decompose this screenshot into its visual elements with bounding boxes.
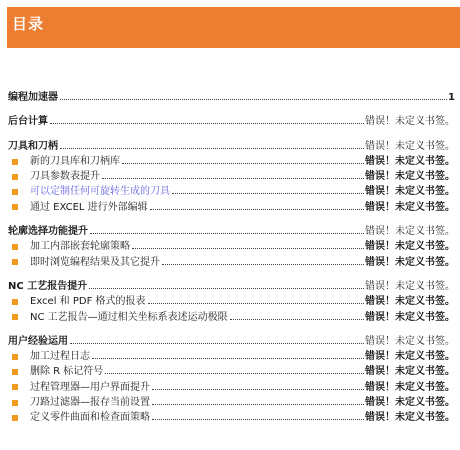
toc-item-row[interactable]: 过程管理器—用户界面提升 错误！未定义书签。 bbox=[8, 380, 455, 395]
toc-heading-label: 编程加速器 bbox=[8, 90, 58, 105]
toc-item-label: 新的刀具库和刀柄库 bbox=[30, 154, 120, 169]
toc-item-row[interactable]: 通过 EXCEL 进行外部编辑 错误！未定义书签。 bbox=[8, 200, 455, 215]
toc-page-ref: 错误！未定义书签。 bbox=[365, 294, 455, 309]
toc-item-row[interactable]: NC 工艺报告—通过相关坐标系表述运动极限 错误！未定义书签。 bbox=[8, 310, 455, 325]
bullet-square-icon bbox=[12, 244, 18, 250]
dotted-leader bbox=[70, 343, 364, 344]
bullet-square-icon bbox=[12, 369, 18, 375]
toc-item-row[interactable]: 删除 R 标记符号 错误！未定义书签。 bbox=[8, 364, 455, 379]
toc-item-label: 刀路过滤器—报存当前设置 bbox=[30, 395, 150, 410]
dotted-leader bbox=[152, 419, 364, 420]
toc-page-ref: 错误！未定义书签。 bbox=[365, 310, 455, 325]
bullet-square-icon bbox=[12, 314, 18, 320]
bullet-square-icon bbox=[12, 354, 18, 360]
toc-section: 刀具和刀柄 错误！未定义书签。 新的刀具库和刀柄库 错误！未定义书签。 刀具参数… bbox=[8, 139, 455, 215]
toc-heading-label: 用户经验运用 bbox=[8, 334, 68, 349]
toc-item-label: 通过 EXCEL 进行外部编辑 bbox=[30, 200, 148, 215]
toc-item-label-highlighted: 可以定制任何可旋转生成的刀具 bbox=[30, 184, 170, 199]
toc-item-row[interactable]: 刀具参数表提升 错误！未定义书签。 bbox=[8, 169, 455, 184]
toc-item-label: 过程管理器—用户界面提升 bbox=[30, 380, 150, 395]
toc-page-ref: 错误！未定义书签。 bbox=[365, 334, 455, 349]
toc-page-ref: 错误！未定义书签。 bbox=[365, 255, 455, 270]
toc-heading-row[interactable]: 用户经验运用 错误！未定义书签。 bbox=[8, 334, 455, 349]
dotted-leader bbox=[89, 288, 364, 289]
toc-heading-row[interactable]: NC 工艺报告提升 错误！未定义书签。 bbox=[8, 279, 455, 294]
toc-item-label: NC 工艺报告—通过相关坐标系表述运动极限 bbox=[30, 310, 228, 325]
dotted-leader bbox=[50, 123, 364, 124]
dotted-leader bbox=[60, 148, 364, 149]
toc-item-label: 刀具参数表提升 bbox=[30, 169, 100, 184]
dotted-leader bbox=[152, 404, 364, 405]
toc-item-row[interactable]: 刀路过滤器—报存当前设置 错误！未定义书签。 bbox=[8, 395, 455, 410]
bullet-square-icon bbox=[12, 384, 18, 390]
toc-section: NC 工艺报告提升 错误！未定义书签。 Excel 和 PDF 格式的报表 错误… bbox=[8, 279, 455, 325]
toc-page-ref: 1 bbox=[448, 90, 455, 105]
toc-page-ref: 错误！未定义书签。 bbox=[365, 380, 455, 395]
bullet-square-icon bbox=[12, 159, 18, 165]
dotted-leader bbox=[230, 319, 364, 320]
toc-item-label: Excel 和 PDF 格式的报表 bbox=[30, 294, 146, 309]
bullet-square-icon bbox=[12, 189, 18, 195]
toc-item-label: 加工过程日志 bbox=[30, 349, 90, 364]
dotted-leader bbox=[150, 209, 364, 210]
toc-heading-row[interactable]: 刀具和刀柄 错误！未定义书签。 bbox=[8, 139, 455, 154]
toc-item-label: 即时浏览编程结果及其它提升 bbox=[30, 255, 160, 270]
toc-page-ref: 错误！未定义书签。 bbox=[365, 224, 455, 239]
page-title: 目录 bbox=[12, 15, 44, 33]
toc-item-row[interactable]: 新的刀具库和刀柄库 错误！未定义书签。 bbox=[8, 154, 455, 169]
dotted-leader bbox=[90, 233, 364, 234]
table-of-contents: 编程加速器 1 后台计算 错误！未定义书签。 刀具和刀柄 错误！未定义书签。 新… bbox=[8, 90, 455, 426]
dotted-leader bbox=[172, 193, 364, 194]
toc-section: 编程加速器 1 bbox=[8, 90, 455, 105]
toc-section: 后台计算 错误！未定义书签。 bbox=[8, 114, 455, 129]
bullet-square-icon bbox=[12, 415, 18, 421]
toc-item-label: 加工内部嵌套轮廓策略 bbox=[30, 239, 130, 254]
dotted-leader bbox=[60, 99, 447, 100]
toc-page-ref: 错误！未定义书签。 bbox=[365, 279, 455, 294]
toc-page-ref: 错误！未定义书签。 bbox=[365, 364, 455, 379]
toc-page-ref: 错误！未定义书签。 bbox=[365, 184, 455, 199]
toc-item-row[interactable]: 即时浏览编程结果及其它提升 错误！未定义书签。 bbox=[8, 255, 455, 270]
toc-heading-label: 轮廓选择功能提升 bbox=[8, 224, 88, 239]
dotted-leader bbox=[102, 178, 364, 179]
toc-page-ref: 错误！未定义书签。 bbox=[365, 114, 455, 129]
bullet-square-icon bbox=[12, 400, 18, 406]
bullet-square-icon bbox=[12, 174, 18, 180]
dotted-leader bbox=[92, 358, 364, 359]
dotted-leader bbox=[132, 248, 364, 249]
bullet-square-icon bbox=[12, 299, 18, 305]
toc-heading-row[interactable]: 轮廓选择功能提升 错误！未定义书签。 bbox=[8, 224, 455, 239]
toc-section: 用户经验运用 错误！未定义书签。 加工过程日志 错误！未定义书签。 删除 R 标… bbox=[8, 334, 455, 426]
bullet-square-icon bbox=[12, 204, 18, 210]
toc-heading-label: 后台计算 bbox=[8, 114, 48, 129]
toc-item-row[interactable]: 可以定制任何可旋转生成的刀具 错误！未定义书签。 bbox=[8, 184, 455, 199]
toc-item-label: 删除 R 标记符号 bbox=[30, 364, 103, 379]
dotted-leader bbox=[148, 303, 364, 304]
toc-heading-row[interactable]: 编程加速器 1 bbox=[8, 90, 455, 105]
toc-page-ref: 错误！未定义书签。 bbox=[365, 395, 455, 410]
toc-page-ref: 错误！未定义书签。 bbox=[365, 154, 455, 169]
toc-page-ref: 错误！未定义书签。 bbox=[365, 349, 455, 364]
toc-page-ref: 错误！未定义书签。 bbox=[365, 239, 455, 254]
dotted-leader bbox=[122, 163, 364, 164]
toc-heading-label: NC 工艺报告提升 bbox=[8, 279, 87, 294]
toc-heading-label: 刀具和刀柄 bbox=[8, 139, 58, 154]
dotted-leader bbox=[105, 373, 364, 374]
toc-item-label: 定义零件曲面和检查面策略 bbox=[30, 410, 150, 425]
toc-item-row[interactable]: Excel 和 PDF 格式的报表 错误！未定义书签。 bbox=[8, 294, 455, 309]
toc-item-row[interactable]: 定义零件曲面和检查面策略 错误！未定义书签。 bbox=[8, 410, 455, 425]
document-title-bar: 目录 bbox=[7, 7, 460, 48]
toc-item-row[interactable]: 加工过程日志 错误！未定义书签。 bbox=[8, 349, 455, 364]
bullet-square-icon bbox=[12, 259, 18, 265]
dotted-leader bbox=[162, 264, 364, 265]
toc-section: 轮廓选择功能提升 错误！未定义书签。 加工内部嵌套轮廓策略 错误！未定义书签。 … bbox=[8, 224, 455, 270]
dotted-leader bbox=[152, 389, 364, 390]
toc-page-ref: 错误！未定义书签。 bbox=[365, 200, 455, 215]
toc-item-row[interactable]: 加工内部嵌套轮廓策略 错误！未定义书签。 bbox=[8, 239, 455, 254]
toc-heading-row[interactable]: 后台计算 错误！未定义书签。 bbox=[8, 114, 455, 129]
toc-page-ref: 错误！未定义书签。 bbox=[365, 139, 455, 154]
toc-page-ref: 错误！未定义书签。 bbox=[365, 410, 455, 425]
toc-page-ref: 错误！未定义书签。 bbox=[365, 169, 455, 184]
